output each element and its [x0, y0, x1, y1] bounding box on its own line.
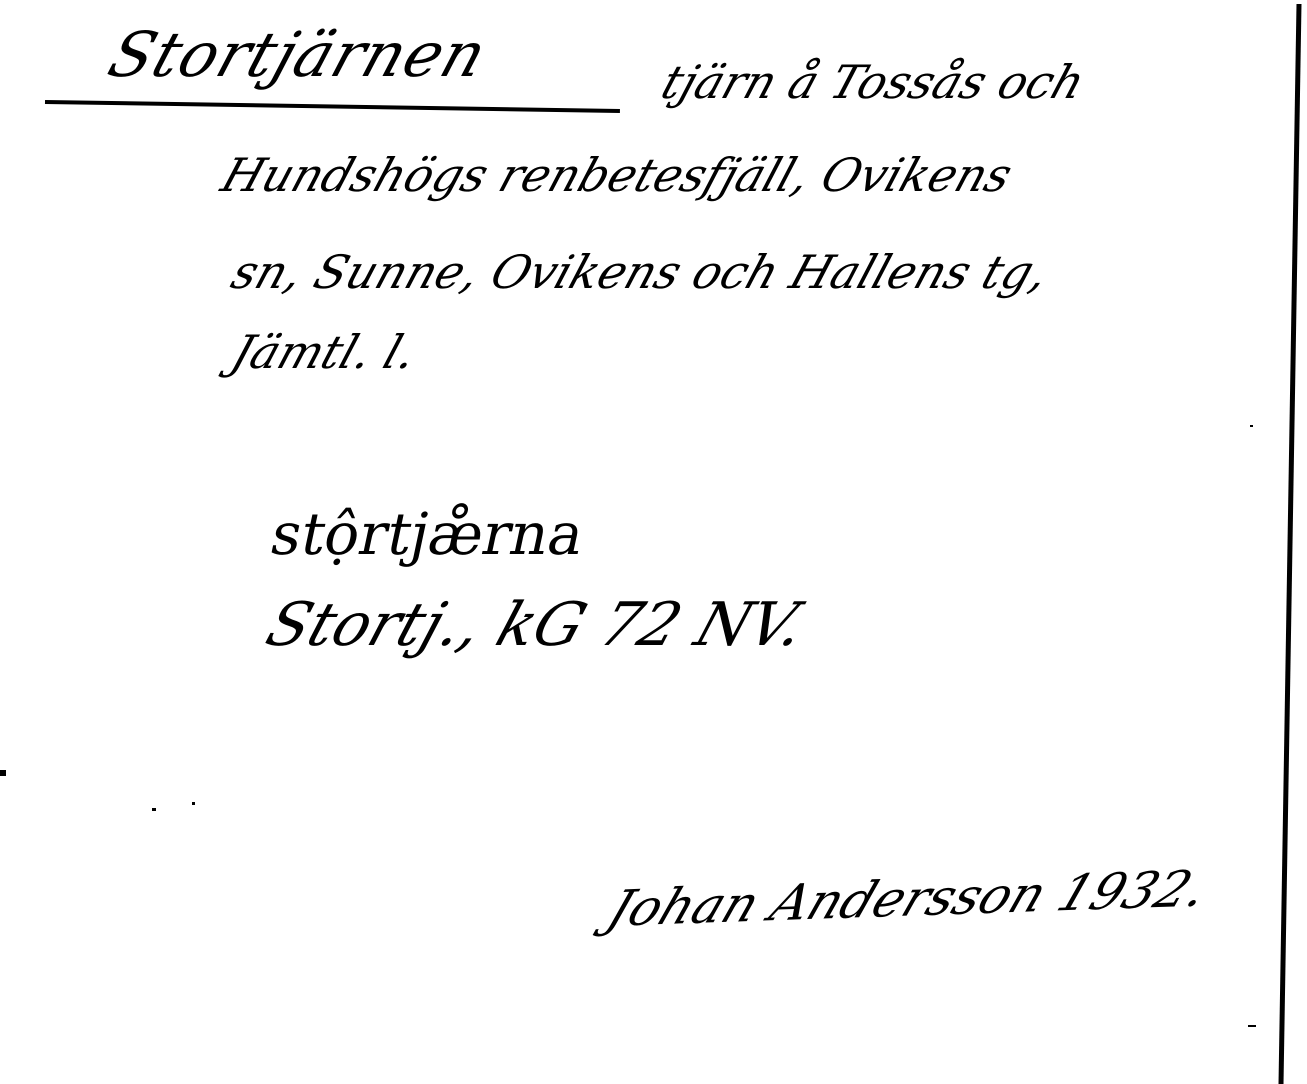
phonetic-transcription: stộrtjæ̊rna [265, 500, 591, 568]
signature: Johan Andersson 1932. [600, 860, 1216, 938]
ink-speck [1248, 1025, 1256, 1027]
map-reference: Stortj., kG 72 NV. [258, 590, 814, 660]
description-line-1: tjärn å Tossås och [655, 55, 1092, 109]
ink-speck [1250, 425, 1253, 427]
headword-text: Stortjärnen [100, 18, 496, 91]
ink-speck [192, 802, 195, 805]
ink-speck [152, 808, 156, 811]
headword-underline [45, 100, 620, 113]
description-line-4: Jämtl. l. [225, 325, 424, 379]
index-card: Stortjärnen tjärn å Tossås och Hundshögs… [0, 0, 1307, 1084]
headword: Stortjärnen [100, 18, 496, 91]
ink-speck [0, 770, 6, 776]
description-line-3: sn, Sunne, Ovikens och Hallens tg, [225, 245, 1056, 299]
description-line-2: Hundshögs renbetesfjäll, Ovikens [215, 148, 1019, 202]
